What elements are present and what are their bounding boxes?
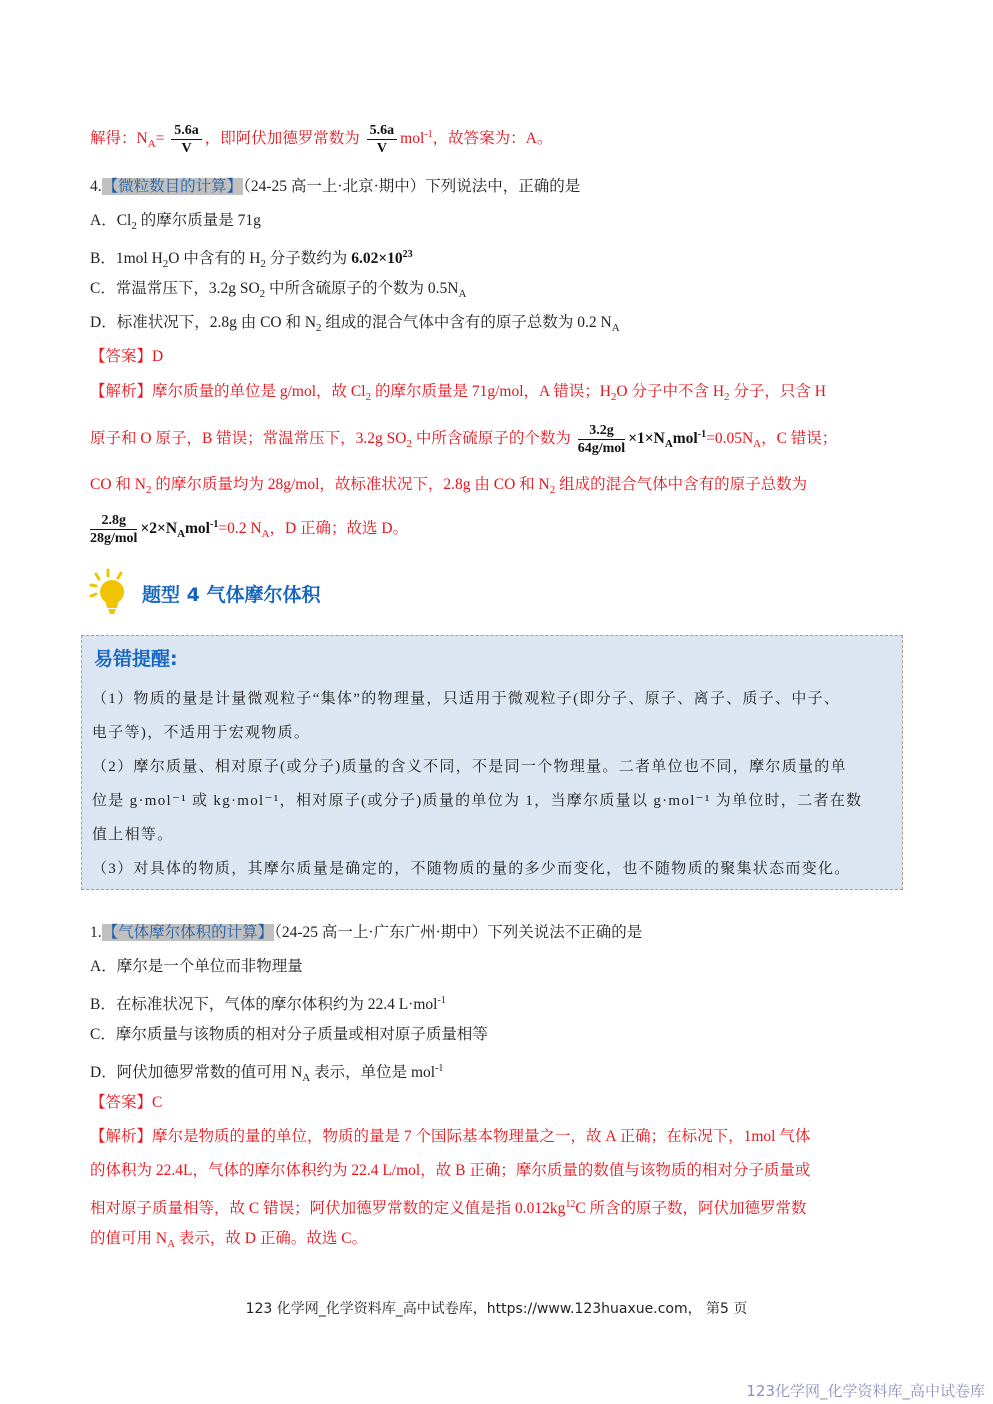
tip-line: 值上相等。 [92, 824, 174, 846]
text: 解得：N [90, 130, 148, 147]
text: 的值可用 N [90, 1230, 167, 1247]
text: A [177, 528, 185, 540]
text: ×1×N [628, 430, 665, 447]
numerator: 2.8g [90, 512, 137, 530]
topic-tag: 【气体摩尔体积的计算】 [102, 924, 275, 941]
tip-line: （3）对具体的物质，其摩尔质量是确定的，不随物质的量的多少而变化，也不随物质的聚… [92, 858, 851, 880]
text: -1 [437, 995, 445, 1006]
text: ，D 正确；故选 D。 [269, 520, 408, 537]
denominator: V [367, 140, 398, 157]
analysis-line-1: 【解析】摩尔是物质的量的单位，物质的量是 7 个国际基本物理量之一，故 A 正确… [90, 1126, 810, 1148]
text: = [156, 130, 165, 147]
topic-tag: 【微粒数目的计算】 [102, 178, 244, 195]
text: 的摩尔质量是 71g [137, 212, 261, 229]
lightbulb-icon [88, 568, 132, 616]
question-4-stem: 4.【微粒数目的计算】（24-25 高一上·北京·期中）下列说法中，正确的是 [90, 176, 580, 198]
analysis-line-2: 的体积为 22.4L，气体的摩尔体积约为 22.4 L/mol，故 B 正确；摩… [90, 1160, 810, 1182]
option-b: B．1mol H2O 中含有的 H2 分子数约为 6.02×1023 [90, 244, 413, 275]
section-title: 题型 4 气体摩尔体积 [142, 580, 320, 607]
text: 分子数约为 [266, 250, 351, 267]
fraction: 5.6aV [367, 122, 398, 157]
text: 组成的混合气体中含有的原子总数为 [555, 476, 807, 493]
text: A [167, 1238, 175, 1250]
fraction: 5.6aV [171, 122, 202, 157]
text: -1 [435, 1063, 443, 1074]
text: CO 和 N [90, 476, 146, 493]
solution-line: 解得：NA= 5.6aV，即阿伏加德罗常数为 5.6aVmol-1，故答案为：A… [90, 122, 552, 157]
text: ，即阿伏加德罗常数为 [205, 130, 360, 147]
text: ×2×N [140, 520, 177, 537]
text: 的摩尔质量是 71g/mol，A 错误；H [371, 383, 611, 400]
text: =0.2 N [218, 520, 261, 537]
tip-line: （1）物质的量是计量微观粒子“集体”的物理量，只适用于微观粒子(即分子、原子、离… [92, 688, 840, 710]
denominator: 28g/mol [90, 530, 137, 547]
option-d: D．阿伏加德罗常数的值可用 NA 表示，单位是 mol-1 [90, 1058, 443, 1089]
fraction: 3.2g64g/mol [578, 422, 625, 457]
text: D．阿伏加德罗常数的值可用 N [90, 1064, 302, 1081]
tip-line: 电子等)，不适用于宏观物质。 [92, 722, 310, 744]
text: A [753, 438, 761, 450]
text: 6.02×10 [351, 250, 402, 267]
answer: 【答案】C [90, 1092, 162, 1114]
tip-line: （2）摩尔质量、相对原子(或分子)质量的含义不同，不是同一个物理量。二者单位也不… [92, 756, 847, 778]
text: B．1mol H [90, 250, 163, 267]
watermark: 123化学网_化学资料库_高中试卷库 [746, 1380, 985, 1401]
analysis-line-4: 的值可用 NA 表示，故 D 正确。故选 C。 [90, 1228, 367, 1255]
text: 中所含硫原子的个数为 [412, 430, 571, 447]
text: 原子和 O 原子，B 错误；常温常压下，3.2g SO [90, 430, 406, 447]
page-footer: 123 化学网_化学资料库_高中试卷库，https://www.123huaxu… [0, 1298, 993, 1318]
numerator: 5.6a [171, 122, 202, 140]
error-reminder-box: 易错提醒: （1）物质的量是计量微观粒子“集体”的物理量，只适用于微观粒子(即分… [81, 635, 903, 890]
question-number: 1. [90, 924, 102, 941]
text: A [665, 438, 673, 450]
text: mol [673, 430, 698, 447]
option-a: A．摩尔是一个单位而非物理量 [90, 956, 303, 978]
text: =0.05N [706, 430, 753, 447]
text: 12 [565, 1199, 575, 1210]
text: 分子，只含 H [730, 383, 826, 400]
question-number: 4. [90, 178, 102, 195]
numerator: 5.6a [367, 122, 398, 140]
option-c: C．常温常压下，3.2g SO2 中所含硫原子的个数为 0.5NA [90, 278, 466, 305]
text: 相对原子质量相等，故 C 错误；阿伏加德罗常数的定义值是指 0.012kg [90, 1200, 565, 1217]
text: 中所含硫原子的个数为 0.5N [265, 280, 458, 297]
text: O 分子中不含 H [616, 383, 724, 400]
text: A．Cl [90, 212, 131, 229]
text: C．常温常压下，3.2g SO [90, 280, 260, 297]
text: 组成的混合气体中含有的原子总数为 0.2 N [322, 314, 612, 331]
question-stem: （24-25 高一上·广东广州·期中）下列关说法不正确的是 [274, 924, 642, 941]
analysis-line-4: 2.8g28g/mol×2×NAmol-1=0.2 NA，D 正确；故选 D。 [90, 512, 408, 547]
text: O 中含有的 H [168, 250, 260, 267]
text: 表示，故 D 正确。故选 C。 [175, 1230, 367, 1247]
analysis-line-3: 相对原子质量相等，故 C 错误；阿伏加德罗常数的定义值是指 0.012kg12C… [90, 1194, 807, 1220]
question-stem: （24-25 高一上·北京·期中）下列说法中，正确的是 [243, 178, 580, 195]
analysis-line-2: 原子和 O 原子，B 错误；常温常压下，3.2g SO2 中所含硫原子的个数为 … [90, 422, 837, 457]
text: -1 [698, 429, 706, 440]
text: 23 [403, 249, 413, 260]
text: 的摩尔质量均为 28g/mol，故标准状况下，2.8g 由 CO 和 N [151, 476, 549, 493]
tip-line: 位是 g·mol⁻¹ 或 kg·mol⁻¹，相对原子(或分子)质量的单位为 1，… [92, 790, 862, 812]
text: 表示，单位是 mol [310, 1064, 435, 1081]
denominator: 64g/mol [578, 440, 625, 457]
analysis-line-3: CO 和 N2 的摩尔质量均为 28g/mol，故标准状况下，2.8g 由 CO… [90, 474, 807, 501]
option-a: A．Cl2 的摩尔质量是 71g [90, 210, 261, 237]
numerator: 3.2g [578, 422, 625, 440]
text: C 所含的原子数，阿伏加德罗常数 [575, 1200, 806, 1217]
question-1-stem: 1.【气体摩尔体积的计算】（24-25 高一上·广东广州·期中）下列关说法不正确… [90, 922, 642, 944]
answer: 【答案】D [90, 346, 163, 368]
fraction: 2.8g28g/mol [90, 512, 137, 547]
text: A [148, 138, 156, 150]
tip-title: 易错提醒: [94, 644, 178, 671]
text: ，C 错误； [761, 430, 837, 447]
option-b: B．在标准状况下，气体的摩尔体积约为 22.4 L·mol-1 [90, 990, 446, 1016]
text: ，故答案为：A。 [433, 130, 553, 147]
text: mol [185, 520, 210, 537]
text: mol [400, 130, 424, 147]
text: D．标准状况下，2.8g 由 CO 和 N [90, 314, 316, 331]
option-d: D．标准状况下，2.8g 由 CO 和 N2 组成的混合气体中含有的原子总数为 … [90, 312, 620, 339]
option-c: C．摩尔质量与该物质的相对分子质量或相对原子质量相等 [90, 1024, 488, 1046]
text: A [458, 288, 466, 300]
text: B．在标准状况下，气体的摩尔体积约为 22.4 L·mol [90, 996, 437, 1013]
denominator: V [171, 140, 202, 157]
text: 【解析】摩尔质量的单位是 g/mol，故 Cl [90, 383, 366, 400]
text: -1 [424, 129, 432, 140]
text: A [612, 322, 620, 334]
analysis-line-1: 【解析】摩尔质量的单位是 g/mol，故 Cl2 的摩尔质量是 71g/mol，… [90, 381, 826, 408]
